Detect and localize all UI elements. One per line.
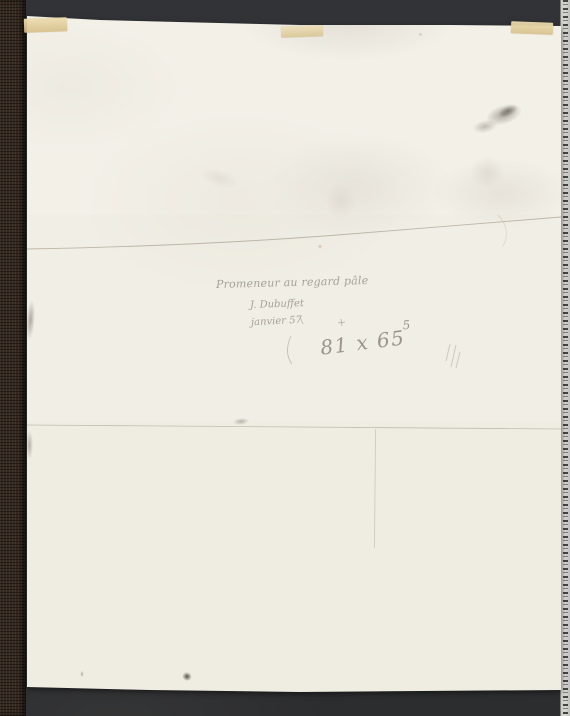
tape-top-center (281, 25, 323, 37)
dimensions-superscript: 5 (402, 318, 413, 333)
inscription-artist-signature: J. Dubuffet (250, 298, 304, 311)
photograph-backdrop: Promeneur au regard pâle J. Dubuffet jan… (0, 0, 570, 716)
tape-top-left (24, 17, 67, 32)
tape-top-right (511, 21, 553, 34)
crease-and-scratch-marks (0, 0, 570, 716)
artwork-verso: Promeneur au regard pâle J. Dubuffet jan… (0, 0, 570, 716)
verso-paper: Promeneur au regard pâle J. Dubuffet jan… (0, 0, 570, 716)
